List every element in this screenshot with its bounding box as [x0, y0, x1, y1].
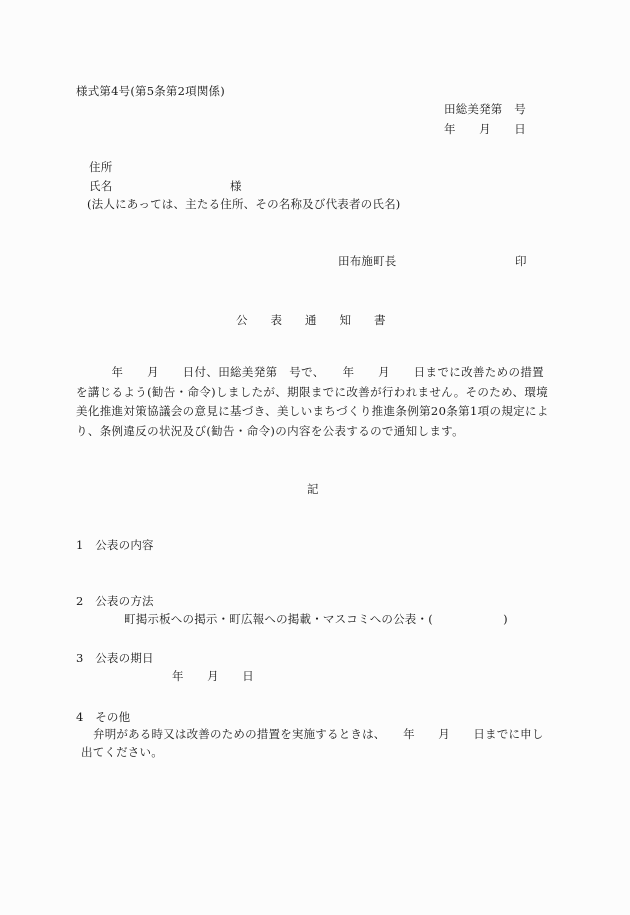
section-4-content-line1: 弁明がある時又は改善のための措置を実施するときは、 年 月 日までに申し [93, 729, 544, 741]
document-title: 公 表 通 知 書 [236, 315, 386, 327]
section-4-content-line2: 出てください。 [81, 747, 163, 759]
section-3-content: 年 月 日 [172, 671, 254, 683]
body-line: を講じるよう(勧告・命令)しましたが、期限までに改善が行われません。そのため、環… [76, 383, 566, 403]
body-paragraph: 年 月 日付、田総美発第 号で、 年 月 日までに改善ための措置 を講じるよう(… [76, 363, 566, 442]
sender-title: 田布施町長 [338, 256, 397, 268]
reference-number: 田総美発第 号 [444, 104, 526, 116]
ki-heading: 記 [307, 484, 319, 496]
section-4-heading: 4 その他 [76, 712, 130, 724]
section-3-heading: 3 公表の期日 [76, 653, 154, 665]
section-1-heading: 1 公表の内容 [76, 540, 154, 552]
body-line: り、条例違反の状況及び(勧告・命令)の内容を公表するので通知します。 [76, 422, 566, 442]
body-line: 美化推進対策協議会の意見に基づき、美しいまちづくり推進条例第20条第1項の規定に… [76, 402, 566, 422]
recipient-corporate-note: (法人にあっては、主たる住所、その名称及び代表者の氏名) [87, 199, 400, 211]
recipient-name-label: 氏名 [89, 181, 112, 193]
sender-seal: 印 [515, 256, 527, 268]
recipient-honorific: 様 [230, 181, 242, 193]
body-line: 年 月 日付、田総美発第 号で、 年 月 日までに改善ための措置 [76, 363, 566, 383]
recipient-address-label: 住所 [89, 162, 112, 174]
section-2-content: 町掲示板への掲示・町広報への掲載・マスコミへの公表・( ) [124, 614, 508, 626]
issue-date: 年 月 日 [444, 124, 526, 136]
form-number: 様式第4号(第5条第2項関係) [76, 86, 225, 98]
section-2-heading: 2 公表の方法 [76, 596, 154, 608]
